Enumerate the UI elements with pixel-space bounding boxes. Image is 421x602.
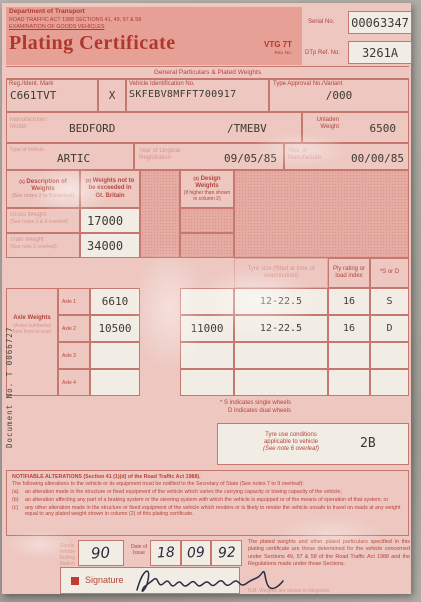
col3-header-cell: (3) Design Weights (if higher than shown…	[180, 170, 234, 208]
alteration-item-a: (a) an alteration made in the structure …	[12, 489, 403, 496]
gross-weight-label-cell: Gross Weight (See notes 3 & 4 overleaf)	[6, 208, 80, 233]
signature-scribble	[129, 562, 289, 600]
signature-box: Signature	[60, 567, 240, 594]
col2-header-cell: (2) Weights not to be exceeded in Gt. Br…	[80, 170, 140, 208]
axle1-design	[180, 288, 234, 315]
tyre-size-header: Tyre size (fitted at time of examination…	[234, 258, 328, 288]
axle3-name: Axle 3	[58, 342, 90, 369]
act-line: ROAD TRAFFIC ACT 1988 SECTIONS 41, 49, 5…	[9, 17, 141, 23]
axle3-ply	[328, 342, 370, 369]
model-value: /TMEBV	[227, 122, 267, 135]
unladen-weight-cell: Unladen Weight 6500	[302, 112, 409, 143]
axle1-tyre: 12-22.5	[234, 288, 328, 315]
dtp-ref-value: 3261A	[348, 41, 412, 64]
sd-note-line1: * S indicates single wheels	[220, 400, 291, 407]
notifiable-alterations-block: NOTIFIABLE ALTERATIONS (Section 41 (1)(d…	[6, 470, 409, 536]
serial-number-value: 00063347	[348, 11, 412, 34]
axle2-ply: 16	[328, 315, 370, 342]
year-manufacture-label: Year of Manufacture	[288, 148, 334, 162]
axle2-sd: D	[370, 315, 409, 342]
axle1-ply: 16	[328, 288, 370, 315]
ply-rating-header: Ply rating or load index	[328, 258, 370, 288]
manufacturer-cell: Manufacturer/ Model BEDFORD /TMEBV	[6, 112, 302, 143]
examination-line: EXAMINATION OF GOODS VEHICLES	[9, 24, 104, 30]
testing-station-value: 90	[78, 540, 124, 566]
date-of-issue-label: Date of Issue	[128, 544, 150, 556]
axle2-design: 11000	[180, 315, 234, 342]
axle4-design	[180, 369, 234, 396]
dtp-ref-label: DTp Ref. No.	[305, 50, 340, 57]
reg-mark-cell: Reg./Ident. Mark C661TVT	[6, 79, 98, 112]
axle1-sd: S	[370, 288, 409, 315]
gross-weight-note: (See notes 3 & 4 overleaf)	[7, 219, 79, 225]
table-gap-strip	[140, 170, 180, 258]
form-title: Plating Certificate	[9, 32, 176, 55]
gross-design-cell	[180, 208, 234, 233]
sd-header: *S or D	[370, 258, 409, 288]
signature-label: Signature	[85, 575, 124, 585]
train-weight-note: (See note 5 overleaf)	[7, 244, 79, 250]
axle-weights-label: Axle Weights	[7, 315, 57, 322]
axle-weights-note: (Axles numbered from front to rear)	[7, 322, 57, 336]
axle1-weight: 6610	[90, 288, 140, 315]
reg-flag-cell: X	[98, 79, 126, 112]
train-weight-value: 34000	[80, 233, 140, 258]
vehicle-type-value: ARTIC	[57, 152, 90, 165]
vin-cell: Vehicle Identification No. SKFEBV8MFFT70…	[126, 79, 269, 112]
gross-weight-label: Gross Weight	[7, 209, 79, 219]
axle3-sd	[370, 342, 409, 369]
year-manufacture-cell: Year of Manufacture 00/00/85	[284, 143, 409, 170]
vehicle-type-label: Type of Vehicle	[10, 147, 48, 153]
year-registration-value: 09/05/85	[224, 152, 277, 165]
department-line: Department of Transport	[9, 8, 85, 15]
train-weight-label-cell: Train Weight (See note 5 overleaf)	[6, 233, 80, 258]
col1-header: (1) Description of Weights (See notes 2 …	[7, 179, 79, 199]
document-number: Document No. T 0066727	[5, 258, 14, 448]
axle1-name: Axle 1	[58, 288, 90, 315]
col3-header: (3) Design Weights (if higher than shown…	[181, 176, 233, 202]
vehicle-type-cell: Type of Vehicle ARTIC	[6, 143, 134, 170]
gross-weight-value: 17000	[80, 208, 140, 233]
reg-mark-label: Reg./Ident. Mark	[7, 80, 97, 89]
tyre-use-box: Tyre use conditions applicable to vehicl…	[217, 423, 409, 465]
alteration-item-b: (b) an alteration affecting any part of …	[12, 497, 403, 504]
unladen-weight-label: Unladen Weight	[307, 117, 339, 131]
axle4-weight	[90, 369, 140, 396]
axle3-design	[180, 342, 234, 369]
axle2-weight: 10500	[90, 315, 140, 342]
type-approval-cell: Type Approval No./Variant /000	[269, 79, 409, 112]
vin-label: Vehicle Identification No.	[127, 80, 268, 89]
header-block: Department of Transport ROAD TRAFFIC ACT…	[6, 7, 302, 65]
axle4-tyre	[234, 369, 328, 396]
signature-marker-icon	[71, 577, 79, 585]
section-title-bar: General Particulars & Plated Weights	[6, 66, 409, 79]
tyre-use-label: Tyre use conditions applicable to vehicl…	[236, 432, 346, 454]
blank-panel	[234, 170, 409, 258]
form-code: VTG 7T	[264, 40, 292, 49]
col1-header-cell: (1) Description of Weights (See notes 2 …	[6, 170, 80, 208]
col2-header: (2) Weights not to be exceeded in Gt. Br…	[81, 178, 139, 200]
plating-certificate-form: Department of Transport ROAD TRAFFIC ACT…	[2, 3, 411, 594]
axle2-tyre: 12-22.5	[234, 315, 328, 342]
year-manufacture-value: 00/00/85	[351, 152, 404, 165]
alterations-heading: NOTIFIABLE ALTERATIONS (Section 41 (1)(d…	[12, 474, 403, 481]
type-approval-value: /000	[270, 89, 408, 102]
axle4-ply	[328, 369, 370, 396]
reg-mark-value: C661TVT	[7, 89, 97, 102]
sd-note-line2: D indicates dual wheels	[228, 408, 291, 415]
alteration-item-c: (c) any other alteration made in the str…	[12, 505, 403, 519]
axle2-name: Axle 2	[58, 315, 90, 342]
unladen-weight-value: 6500	[370, 122, 397, 135]
document-photo: Department of Transport ROAD TRAFFIC ACT…	[0, 0, 421, 602]
type-approval-label: Type Approval No./Variant	[270, 80, 408, 89]
serial-number-label: Serial No.	[308, 19, 334, 26]
form-revision: Rev. No.	[274, 50, 292, 55]
axle3-tyre	[234, 342, 328, 369]
train-weight-label: Train Weight	[7, 234, 79, 244]
axle4-sd	[370, 369, 409, 396]
year-registration-cell: Year of Original Registration 09/05/85	[134, 143, 284, 170]
train-design-cell	[180, 233, 234, 258]
tyre-use-value: 2B	[360, 436, 376, 451]
manufacturer-label: Manufacturer/ Model	[10, 117, 52, 131]
axle4-name: Axle 4	[58, 369, 90, 396]
alterations-intro: The following alterations to the vehicle…	[12, 481, 403, 488]
vin-value: SKFEBV8MFFT700917	[127, 89, 268, 100]
manufacturer-value: BEDFORD	[69, 122, 115, 135]
axle3-weight	[90, 342, 140, 369]
year-registration-label: Year of Original Registration	[139, 148, 199, 162]
